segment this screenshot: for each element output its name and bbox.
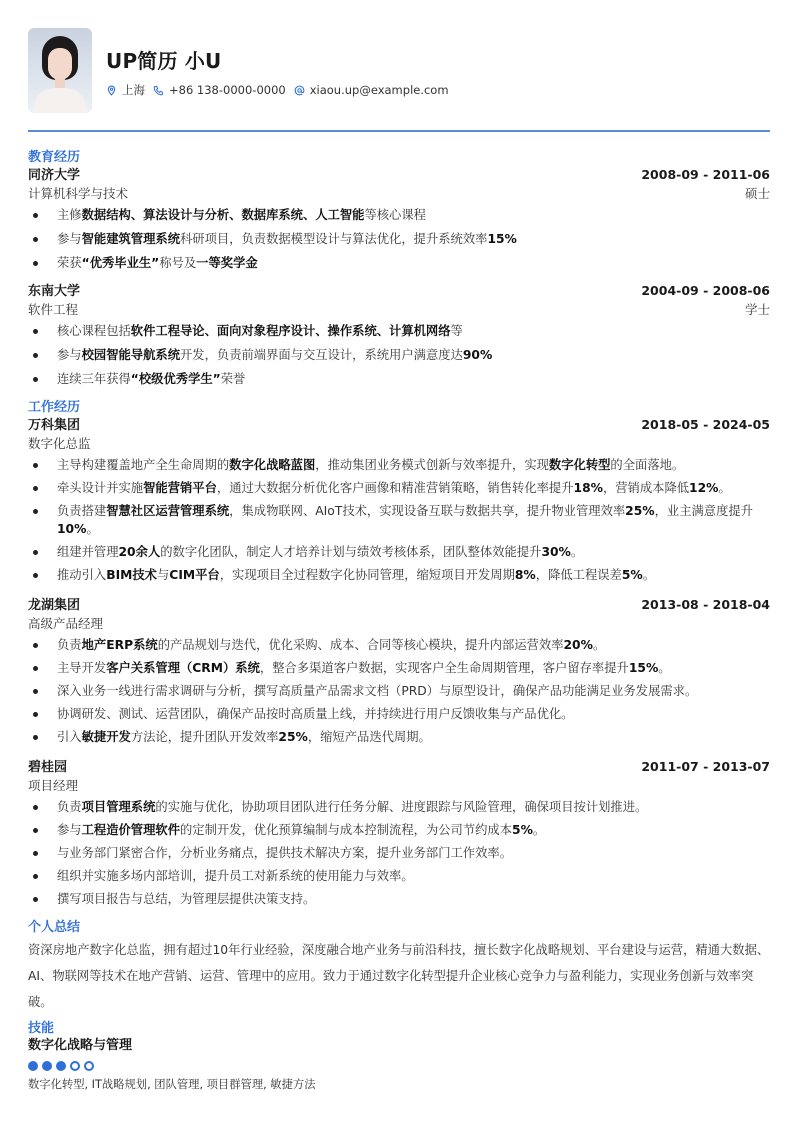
location-pin-icon [106, 85, 117, 96]
filled-dot-icon [56, 1061, 66, 1071]
section-title-skills: 技能 [28, 1021, 770, 1037]
company-name: 龙湖集团 [28, 597, 80, 615]
bullet-item: 负责搭建智慧社区运营管理系统，集成物联网、AIoT技术，实现设备互联与数据共享，… [28, 502, 770, 538]
work-entry: 龙湖集团 2013-08 - 2018-04 高级产品经理 负责地产ERP系统的… [28, 596, 770, 746]
filled-dot-icon [28, 1061, 38, 1071]
contact-location: 上海 [106, 82, 145, 98]
phone-text: +86 138-0000-0000 [169, 83, 286, 97]
bullet-item: 负责项目管理系统的实施与优化，协助项目团队进行任务分解、进度跟踪与风险管理，确保… [28, 798, 770, 816]
work-bullets: 负责地产ERP系统的产品规划与迭代，优化采购、成本、合同等核心模块，提升内部运营… [28, 636, 770, 746]
email-text: xiaou.up@example.com [310, 83, 449, 97]
bullet-item: 主修数据结构、算法设计与分析、数据库系统、人工智能等核心课程 [28, 206, 770, 224]
section-title-education: 教育经历 [28, 150, 770, 166]
bullet-item: 连续三年获得“校级优秀学生”荣誉 [28, 370, 770, 388]
education-section: 教育经历 同济大学 2008-09 - 2011-06 计算机科学与技术 硕士 … [28, 150, 770, 388]
company-name: 万科集团 [28, 417, 80, 435]
education-dates: 2004-09 - 2008-06 [641, 282, 770, 300]
bullet-item: 参与工程造价管理软件的定制开发，优化预算编制与成本控制流程，为公司节约成本5%。 [28, 821, 770, 839]
bullet-item: 推动引入BIM技术与CIM平台，实现项目全过程数字化协同管理，缩短项目开发周期8… [28, 566, 770, 584]
major: 计算机科学与技术 [28, 185, 128, 202]
bullet-item: 深入业务一线进行需求调研与分析，撰写高质量产品需求文档（PRD）与原型设计，确保… [28, 682, 770, 700]
at-sign-icon [294, 85, 305, 96]
resume-header: UP简历 小U 上海 +86 138-0000-0000 xiaou.up@ex… [28, 28, 770, 114]
bullet-item: 参与智能建筑管理系统科研项目，负责数据模型设计与算法优化，提升系统效率15% [28, 230, 770, 248]
section-title-summary: 个人总结 [28, 920, 770, 936]
work-entry: 万科集团 2018-05 - 2024-05 数字化总监 主导构建覆盖地产全生命… [28, 416, 770, 584]
phone-icon [153, 85, 164, 96]
major: 软件工程 [28, 301, 78, 318]
contact-row: 上海 +86 138-0000-0000 xiaou.up@example.co… [106, 82, 457, 98]
skill-tags: 数字化转型, IT战略规划, 团队管理, 项目群管理, 敏捷方法 [28, 1077, 770, 1092]
work-entry: 碧桂园 2011-07 - 2013-07 项目经理 负责项目管理系统的实施与优… [28, 758, 770, 908]
contact-email: xiaou.up@example.com [294, 83, 449, 97]
work-bullets: 负责项目管理系统的实施与优化，协助项目团队进行任务分解、进度跟踪与风险管理，确保… [28, 798, 770, 908]
header-divider [28, 130, 770, 132]
work-dates: 2013-08 - 2018-04 [641, 596, 770, 614]
job-title: 数字化总监 [28, 435, 770, 452]
bullet-item: 主导开发客户关系管理（CRM）系统，整合多渠道客户数据，实现客户全生命周期管理，… [28, 659, 770, 677]
school-name: 同济大学 [28, 167, 80, 185]
location-text: 上海 [122, 82, 145, 98]
section-title-work: 工作经历 [28, 400, 770, 416]
education-bullets: 主修数据结构、算法设计与分析、数据库系统、人工智能等核心课程参与智能建筑管理系统… [28, 206, 770, 272]
bullet-item: 牵头设计并实施智能营销平台，通过大数据分析优化客户画像和精准营销策略，销售转化率… [28, 479, 770, 497]
bullet-item: 参与校园智能导航系统开发，负责前端界面与交互设计，系统用户满意度达90% [28, 346, 770, 364]
work-dates: 2018-05 - 2024-05 [641, 416, 770, 434]
filled-dot-icon [42, 1061, 52, 1071]
header-info: UP简历 小U 上海 +86 138-0000-0000 xiaou.up@ex… [106, 28, 457, 98]
degree: 硕士 [745, 185, 770, 202]
work-dates: 2011-07 - 2013-07 [641, 758, 770, 776]
empty-dot-icon [84, 1061, 94, 1071]
contact-phone: +86 138-0000-0000 [153, 83, 286, 97]
job-title: 高级产品经理 [28, 615, 770, 632]
work-section: 工作经历 万科集团 2018-05 - 2024-05 数字化总监 主导构建覆盖… [28, 400, 770, 908]
skill-level-dots [28, 1061, 770, 1071]
bullet-item: 荣获“优秀毕业生”称号及一等奖学金 [28, 254, 770, 272]
skills-section: 技能 数字化战略与管理 数字化转型, IT战略规划, 团队管理, 项目群管理, … [28, 1021, 770, 1092]
summary-section: 个人总结 资深房地产数字化总监，拥有超过10年行业经验，深度融合地产业务与前沿科… [28, 920, 770, 1015]
school-name: 东南大学 [28, 283, 80, 301]
education-bullets: 核心课程包括软件工程导论、面向对象程序设计、操作系统、计算机网络等参与校园智能导… [28, 322, 770, 388]
bullet-item: 核心课程包括软件工程导论、面向对象程序设计、操作系统、计算机网络等 [28, 322, 770, 340]
resume-page: UP简历 小U 上海 +86 138-0000-0000 xiaou.up@ex… [28, 28, 770, 1092]
empty-dot-icon [70, 1061, 80, 1071]
job-title: 项目经理 [28, 777, 770, 794]
bullet-item: 组建并管理20余人的数字化团队，制定人才培养计划与绩效考核体系，团队整体效能提升… [28, 543, 770, 561]
bullet-item: 组织并实施多场内部培训，提升员工对新系统的使用能力与效率。 [28, 867, 770, 885]
work-bullets: 主导构建覆盖地产全生命周期的数字化战略蓝图，推动集团业务模式创新与效率提升，实现… [28, 456, 770, 584]
skill-name: 数字化战略与管理 [28, 1037, 770, 1055]
candidate-name: UP简历 小U [106, 48, 457, 74]
bullet-item: 主导构建覆盖地产全生命周期的数字化战略蓝图，推动集团业务模式创新与效率提升，实现… [28, 456, 770, 474]
profile-photo [28, 28, 92, 113]
bullet-item: 协调研发、测试、运营团队，确保产品按时高质量上线，并持续进行用户反馈收集与产品优… [28, 705, 770, 723]
degree: 学士 [745, 301, 770, 318]
education-entry: 东南大学 2004-09 - 2008-06 软件工程 学士 核心课程包括软件工… [28, 282, 770, 388]
education-entry: 同济大学 2008-09 - 2011-06 计算机科学与技术 硕士 主修数据结… [28, 166, 770, 272]
summary-text: 资深房地产数字化总监，拥有超过10年行业经验，深度融合地产业务与前沿科技，擅长数… [28, 937, 770, 1015]
company-name: 碧桂园 [28, 759, 67, 777]
bullet-item: 与业务部门紧密合作，分析业务痛点，提供技术解决方案，提升业务部门工作效率。 [28, 844, 770, 862]
bullet-item: 负责地产ERP系统的产品规划与迭代，优化采购、成本、合同等核心模块，提升内部运营… [28, 636, 770, 654]
education-dates: 2008-09 - 2011-06 [641, 166, 770, 184]
bullet-item: 撰写项目报告与总结，为管理层提供决策支持。 [28, 890, 770, 908]
bullet-item: 引入敏捷开发方法论，提升团队开发效率25%，缩短产品迭代周期。 [28, 728, 770, 746]
